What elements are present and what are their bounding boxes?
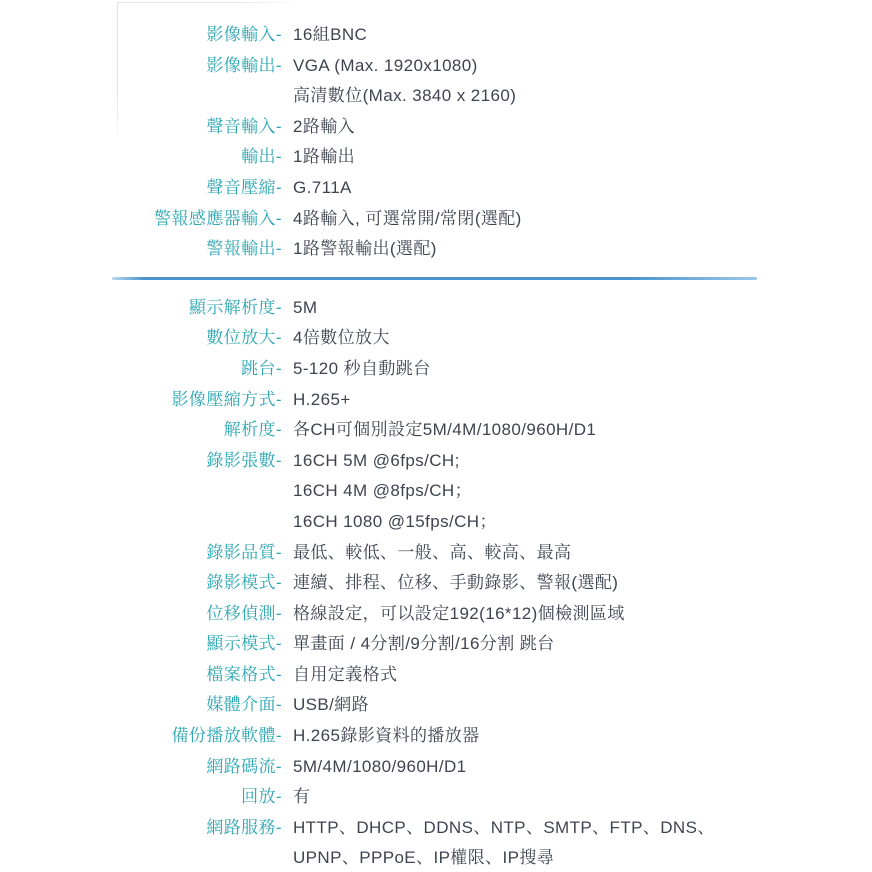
spec-value: VGA (Max. 1920x1080) 高清數位(Max. 3840 x 21… bbox=[282, 51, 516, 112]
section-io: 影像輸入- 16組BNC 影像輸出- VGA (Max. 1920x1080) … bbox=[0, 20, 872, 265]
spec-row-digital-zoom: 數位放大- 4倍數位放大 bbox=[0, 323, 872, 354]
spec-label: 警報感應器輸入- bbox=[0, 204, 282, 235]
spec-label: 影像壓縮方式- bbox=[0, 385, 282, 416]
spec-row-resolution: 解析度- 各CH可個別設定5M/4M/1080/960H/D1 bbox=[0, 415, 872, 446]
spec-row-media-interface: 媒體介面- USB/網路 bbox=[0, 690, 872, 721]
spec-row-motion-detection: 位移偵測- 格線設定，可以設定192(16*12)個檢測區域 bbox=[0, 599, 872, 630]
spec-label: 錄影模式- bbox=[0, 568, 282, 599]
spec-value: H.265+ bbox=[282, 385, 351, 416]
section-system: 顯示解析度- 5M 數位放大- 4倍數位放大 跳台- 5-120 秒自動跳台 影… bbox=[0, 293, 872, 872]
spec-value: 自用定義格式 bbox=[282, 660, 397, 691]
spec-row-recording-framerate: 錄影張數- 16CH 5M @6fps/CH; 16CH 4M @8fps/CH… bbox=[0, 446, 872, 538]
spec-label: 輸出- bbox=[0, 142, 282, 173]
spec-row-recording-mode: 錄影模式- 連續、排程、位移、手動錄影、警報(選配) bbox=[0, 568, 872, 599]
spec-value: 16組BNC bbox=[282, 20, 367, 51]
spec-value: 1路警報輸出(選配) bbox=[282, 234, 437, 265]
spec-label: 錄影張數- bbox=[0, 446, 282, 538]
spec-label: 顯示模式- bbox=[0, 629, 282, 660]
spec-row-alarm-sensor-input: 警報感應器輸入- 4路輸入, 可選常開/常閉(選配) bbox=[0, 204, 872, 235]
spec-value: 5M/4M/1080/960H/D1 bbox=[282, 752, 467, 783]
spec-row-backup-player: 備份播放軟體- H.265錄影資料的播放器 bbox=[0, 721, 872, 752]
spec-value: 最低、較低、一般、高、較高、最高 bbox=[282, 538, 571, 569]
spec-row-alarm-output: 警報輸出- 1路警報輸出(選配) bbox=[0, 234, 872, 265]
spec-row-video-input: 影像輸入- 16組BNC bbox=[0, 20, 872, 51]
spec-label: 位移偵測- bbox=[0, 599, 282, 630]
spec-row-audio-output: 輸出- 1路輸出 bbox=[0, 142, 872, 173]
spec-label: 警報輸出- bbox=[0, 234, 282, 265]
spec-label: 聲音壓縮- bbox=[0, 173, 282, 204]
spec-label: 網路服務- bbox=[0, 813, 282, 872]
spec-value: 4倍數位放大 bbox=[282, 323, 390, 354]
spec-sheet: 影像輸入- 16組BNC 影像輸出- VGA (Max. 1920x1080) … bbox=[0, 0, 872, 872]
spec-label: 數位放大- bbox=[0, 323, 282, 354]
spec-label: 錄影品質- bbox=[0, 538, 282, 569]
spec-row-playback: 回放- 有 bbox=[0, 782, 872, 813]
spec-label: 回放- bbox=[0, 782, 282, 813]
spec-row-sequence: 跳台- 5-120 秒自動跳台 bbox=[0, 354, 872, 385]
spec-label: 解析度- bbox=[0, 415, 282, 446]
spec-row-file-format: 檔案格式- 自用定義格式 bbox=[0, 660, 872, 691]
spec-row-audio-compression: 聲音壓縮- G.711A bbox=[0, 173, 872, 204]
spec-label: 聲音輸入- bbox=[0, 112, 282, 143]
spec-value: 單畫面 / 4分割/9分割/16分割 跳台 bbox=[282, 629, 555, 660]
spec-value: H.265錄影資料的播放器 bbox=[282, 721, 480, 752]
spec-value: 16CH 5M @6fps/CH; 16CH 4M @8fps/CH； 16CH… bbox=[282, 446, 497, 538]
top-crop-line-vertical bbox=[117, 2, 118, 143]
spec-value: HTTP、DHCP、DDNS、NTP、SMTP、FTP、DNS、 UPNP、PP… bbox=[282, 813, 715, 872]
spec-value: 5M bbox=[282, 293, 317, 324]
spec-label: 檔案格式- bbox=[0, 660, 282, 691]
spec-row-audio-input: 聲音輸入- 2路輸入 bbox=[0, 112, 872, 143]
spec-row-network-stream: 網路碼流- 5M/4M/1080/960H/D1 bbox=[0, 752, 872, 783]
spec-label: 媒體介面- bbox=[0, 690, 282, 721]
spec-row-network-services: 網路服務- HTTP、DHCP、DDNS、NTP、SMTP、FTP、DNS、 U… bbox=[0, 813, 872, 872]
section-divider bbox=[112, 277, 757, 280]
spec-value: 1路輸出 bbox=[282, 142, 355, 173]
spec-row-recording-quality: 錄影品質- 最低、較低、一般、高、較高、最高 bbox=[0, 538, 872, 569]
spec-label: 顯示解析度- bbox=[0, 293, 282, 324]
spec-label: 影像輸入- bbox=[0, 20, 282, 51]
spec-row-display-resolution: 顯示解析度- 5M bbox=[0, 293, 872, 324]
spec-label: 跳台- bbox=[0, 354, 282, 385]
spec-value: 連續、排程、位移、手動錄影、警報(選配) bbox=[282, 568, 618, 599]
spec-value: 2路輸入 bbox=[282, 112, 355, 143]
top-crop-line-horizontal bbox=[117, 2, 303, 3]
spec-value: G.711A bbox=[282, 173, 352, 204]
spec-value: 4路輸入, 可選常開/常閉(選配) bbox=[282, 204, 522, 235]
spec-value: 5-120 秒自動跳台 bbox=[282, 354, 431, 385]
spec-row-display-mode: 顯示模式- 單畫面 / 4分割/9分割/16分割 跳台 bbox=[0, 629, 872, 660]
spec-label: 網路碼流- bbox=[0, 752, 282, 783]
spec-row-video-compression: 影像壓縮方式- H.265+ bbox=[0, 385, 872, 416]
spec-value: 格線設定，可以設定192(16*12)個檢測區域 bbox=[282, 599, 625, 630]
spec-value: USB/網路 bbox=[282, 690, 369, 721]
spec-value: 有 bbox=[282, 782, 310, 813]
spec-label: 備份播放軟體- bbox=[0, 721, 282, 752]
spec-value: 各CH可個別設定5M/4M/1080/960H/D1 bbox=[282, 415, 596, 446]
spec-row-video-output: 影像輸出- VGA (Max. 1920x1080) 高清數位(Max. 384… bbox=[0, 51, 872, 112]
spec-label: 影像輸出- bbox=[0, 51, 282, 112]
